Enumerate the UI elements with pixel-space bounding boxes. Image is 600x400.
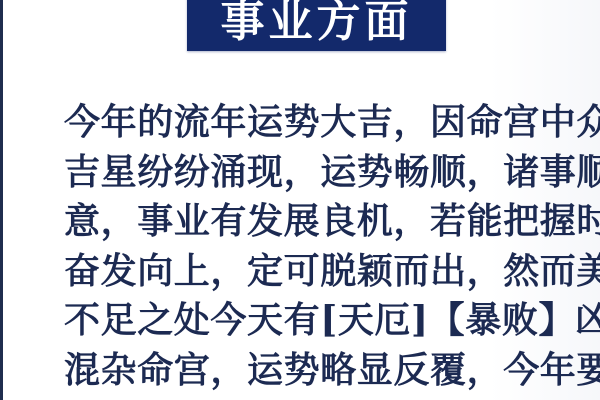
page: 事业方面 今年的流年运势大吉，因命宫中众多 吉星纷纷涌现，运势畅顺，诸事顺 意，… <box>0 0 600 400</box>
paragraph-line-6: 混杂命宫，运势略显反覆，今年要小 <box>64 346 564 396</box>
paragraph-line-5: 不足之处今天有[天厄]【暴败】凶星 <box>64 296 564 346</box>
paragraph-line-3: 意，事业有发展良机，若能把握时机 <box>64 197 564 247</box>
paragraph-line-1: 今年的流年运势大吉，因命宫中众多 <box>64 98 564 148</box>
section-title: 事业方面 <box>221 0 413 44</box>
body-paragraph: 今年的流年运势大吉，因命宫中众多 吉星纷纷涌现，运势畅顺，诸事顺 意，事业有发展… <box>64 98 564 395</box>
left-border-rule <box>0 0 3 400</box>
paragraph-line-2: 吉星纷纷涌现，运势畅顺，诸事顺 <box>64 148 564 198</box>
paragraph-line-4: 奋发向上，定可脱颖而出，然而美中 <box>64 247 564 297</box>
section-title-banner: 事业方面 <box>187 0 446 51</box>
